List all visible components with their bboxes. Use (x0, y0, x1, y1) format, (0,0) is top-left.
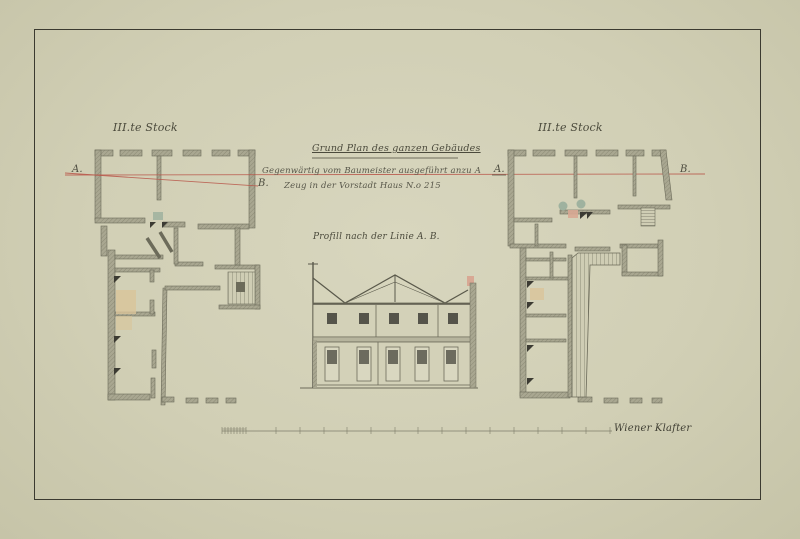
main-title: Grund Plan des ganzen Gebäudes (312, 143, 481, 154)
scale-bar (222, 427, 612, 434)
staircase (641, 208, 655, 226)
drawing-sheet: III.te Stock III.te Stock Grund Plan des… (0, 0, 800, 539)
left-floor-plan (95, 150, 260, 405)
scale-label: Wiener Klafter (614, 423, 691, 434)
drawing-canvas (0, 0, 800, 539)
gallery-corridor (572, 253, 620, 397)
section-title: Profill nach der Linie A. B. (313, 232, 440, 242)
right-marker-b: B. (680, 164, 691, 175)
subtitle-line-1: Gegenwärtig vom Baumeister ausgeführt an… (262, 166, 481, 176)
right-marker-a: A. (494, 164, 505, 175)
section-elevation (300, 262, 478, 388)
subtitle-line-2: Zeug in der Vorstadt Haus N.o 215 (284, 181, 441, 191)
right-floor-plan (508, 150, 672, 403)
left-marker-b: B. (258, 178, 269, 189)
left-marker-a: A. (72, 164, 83, 175)
left-plan-title: III.te Stock (113, 121, 178, 134)
right-plan-title: III.te Stock (538, 121, 603, 134)
